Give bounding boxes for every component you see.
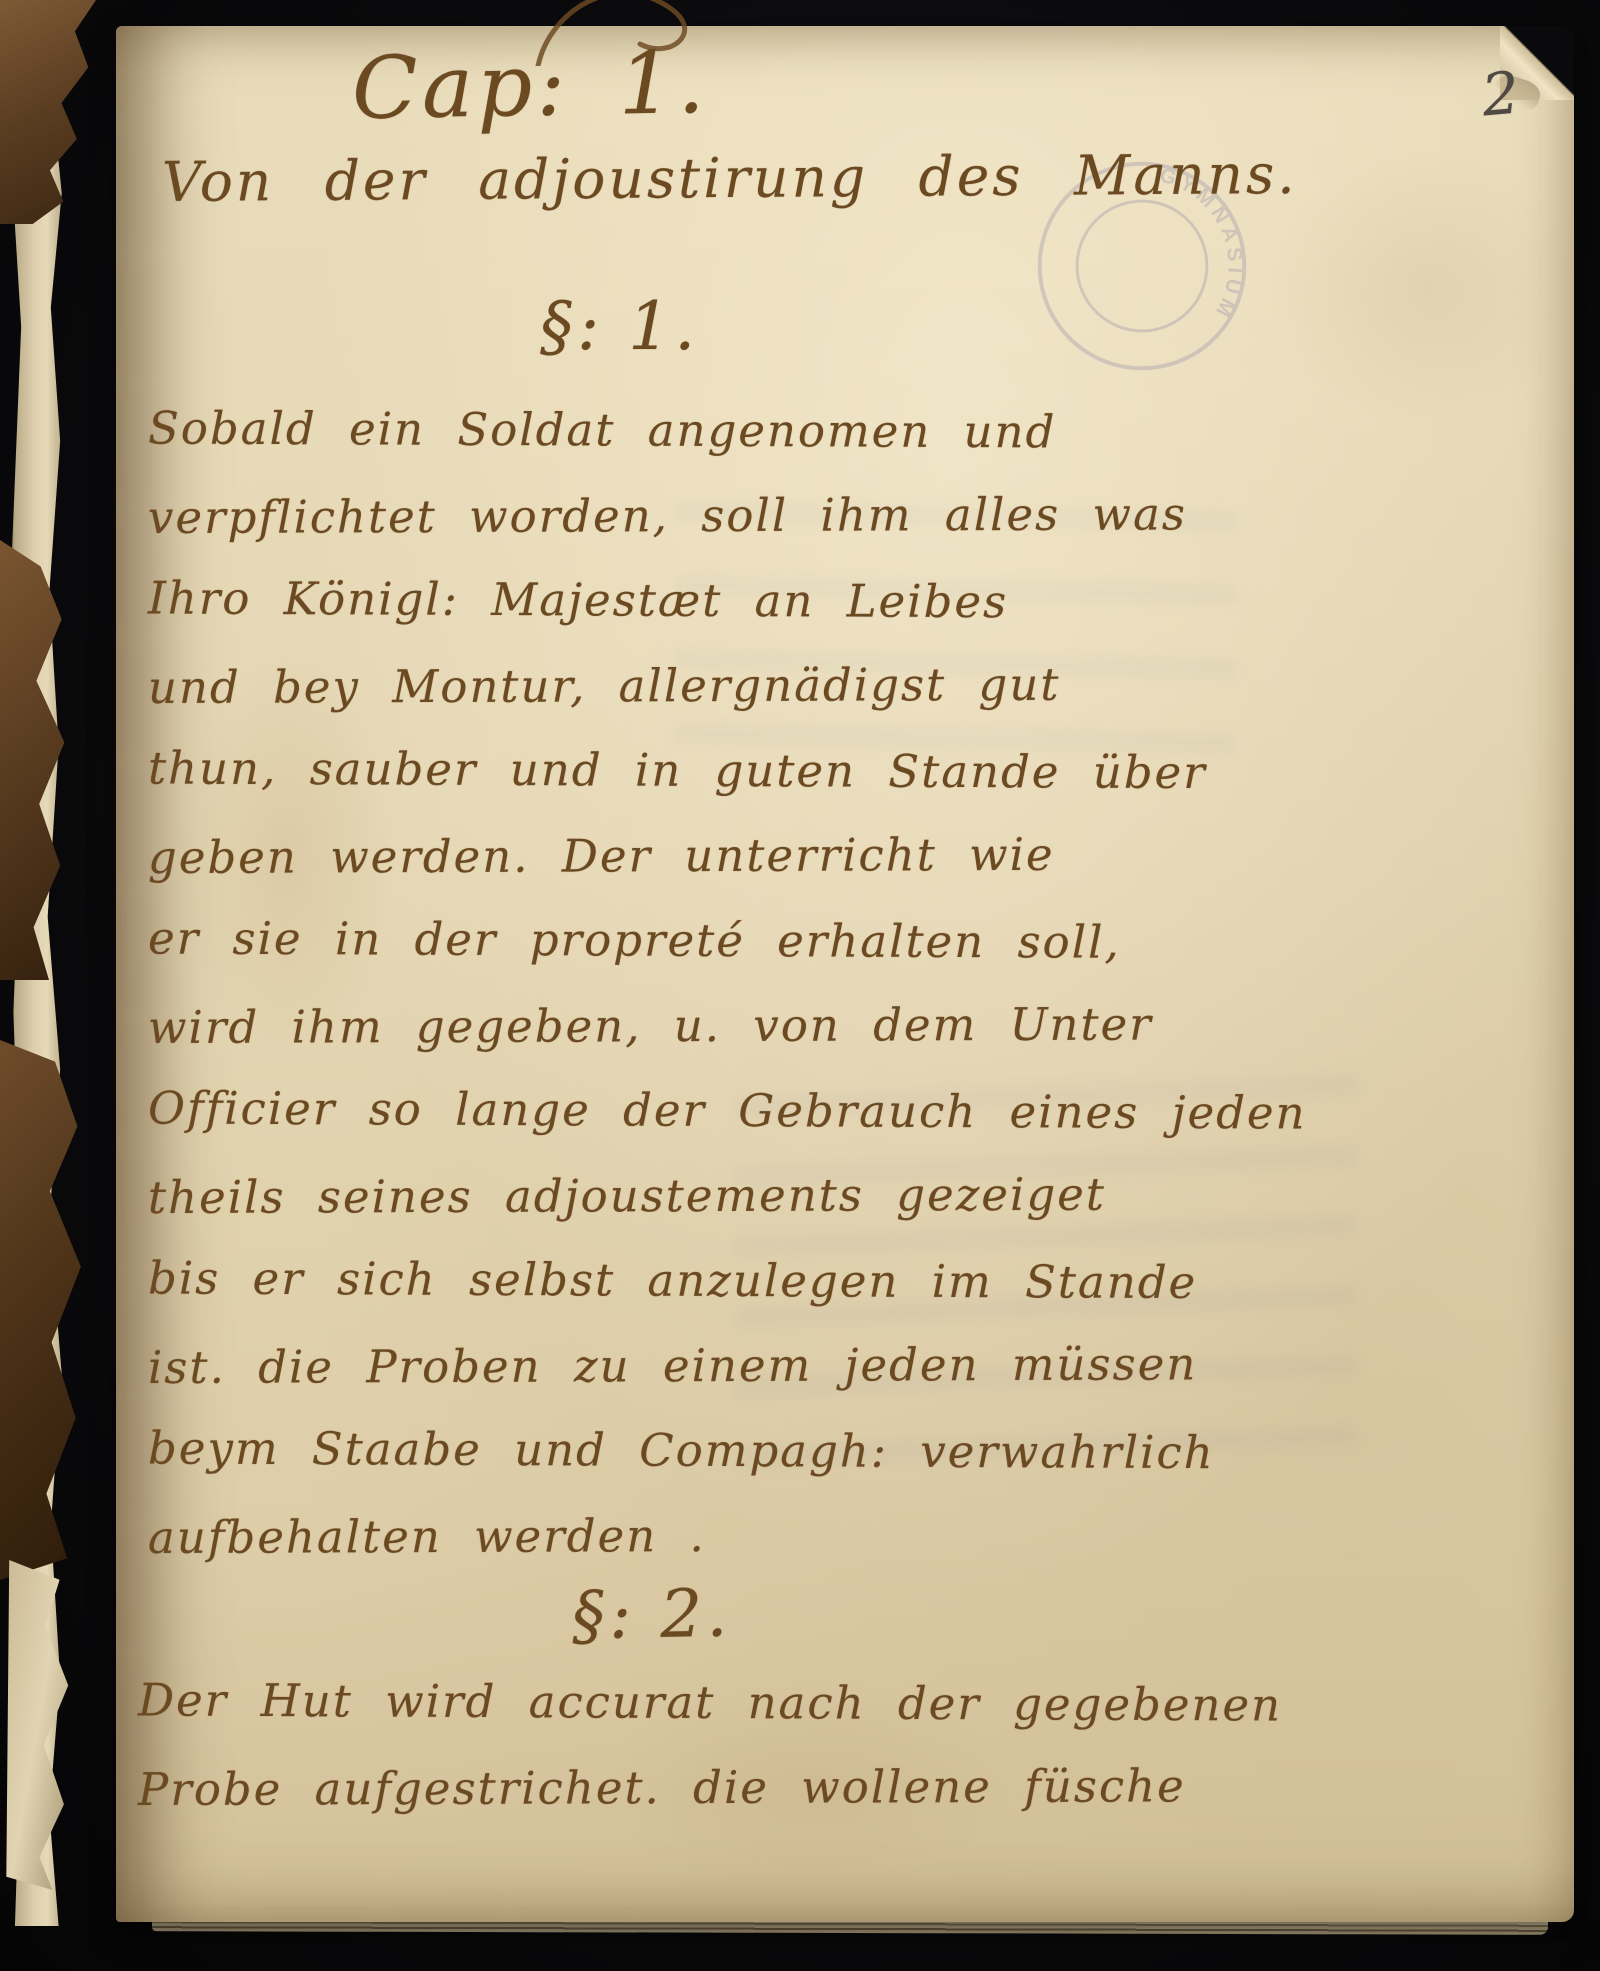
stamp-inner-ring [1060, 184, 1224, 348]
paragraph-1: Sobald ein Soldat angenomen und verpflic… [148, 392, 1307, 1582]
manuscript-line: bis er sich selbst anzulegen im Stande [148, 1239, 1307, 1329]
manuscript-line: theils seines adjoustements gezeiget [148, 1155, 1307, 1244]
manuscript-line: und bey Montur, allergnädigst gut [148, 645, 1307, 734]
section-heading-1: §: 1. [540, 288, 699, 365]
manuscript-line: Sobald ein Soldat angenomen und [148, 389, 1307, 479]
manuscript-line: ist. die Proben zu einem jeden müssen [148, 1325, 1307, 1414]
spine-paper-scrap [2, 1560, 74, 1890]
manuscript-line: geben werden. Der unterricht wie [148, 815, 1307, 904]
manuscript-line: beym Staabe und Compagh: verwahrlich [148, 1409, 1307, 1499]
manuscript-line: wird ihm gegeben, u. von dem Unter [148, 985, 1307, 1074]
manuscript-line: aufbehalten werden . [148, 1495, 1307, 1584]
paragraph-2: Der Hut wird accurat nach der gegebenen … [138, 1664, 1282, 1834]
manuscript-line: Der Hut wird accurat nach der gegebenen [138, 1662, 1282, 1752]
section-heading-2: §: 2. [571, 1575, 732, 1655]
manuscript-line: er sie in der propreté erhalten soll, [148, 899, 1307, 989]
manuscript-line: Ihro Königl: Majestæt an Leibes [148, 559, 1307, 649]
spine-leather-fragment-top [0, 0, 96, 224]
chapter-title: Von der adjoustirung des Manns. [162, 142, 1298, 214]
chapter-heading: Cap: 1. [351, 33, 709, 139]
spine-leather-fragment-middle [0, 540, 70, 980]
manuscript-line: Officier so lange der Gebrauch eines jed… [148, 1069, 1307, 1159]
manuscript-line: thun, sauber und in guten Stande über [148, 729, 1307, 819]
manuscript-line: verpflichtet worden, soll ihm alles was [148, 475, 1307, 564]
paper-stain [1266, 146, 1586, 426]
spine-leather-fragment-lower [0, 1040, 86, 1580]
page-number: 2 [1479, 59, 1522, 130]
manuscript-line: Probe aufgestrichet. die wollene füsche [138, 1747, 1282, 1836]
